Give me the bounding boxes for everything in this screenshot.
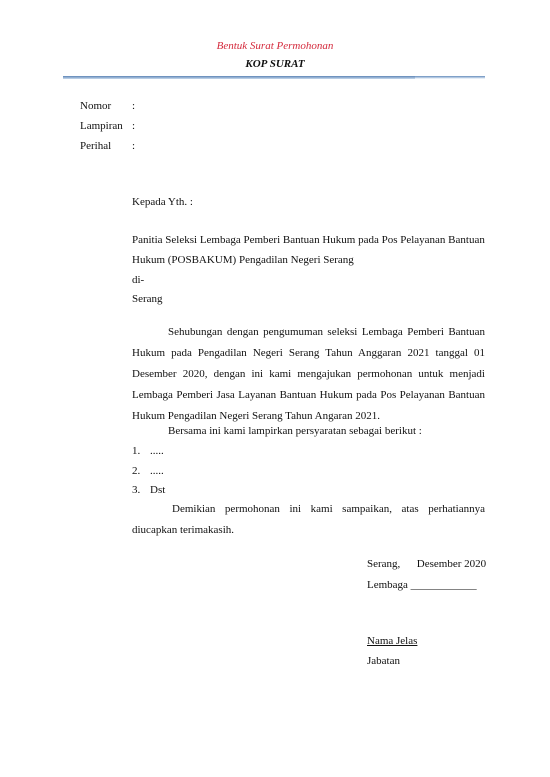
- addressee-city: Serang: [132, 293, 163, 305]
- list-number: 2.: [132, 465, 140, 477]
- meta-label-perihal: Perihal: [80, 140, 111, 152]
- signatory-position: Jabatan: [367, 655, 400, 667]
- template-title: Bentuk Surat Permohonan: [0, 40, 550, 52]
- closing-text: Demikian permohonan ini kami sampaikan, …: [132, 503, 485, 536]
- attachments-intro: Bersama ini kami lampirkan persyaratan s…: [168, 425, 422, 437]
- meta-colon: :: [132, 120, 135, 132]
- list-number: 3.: [132, 484, 140, 496]
- signatory-name: Nama Jelas: [367, 635, 417, 647]
- body-paragraph: Sehubungan dengan pengumuman seleksi Lem…: [132, 322, 485, 427]
- organization-line: Lembaga ____________: [367, 579, 477, 591]
- salutation: Kepada Yth. :: [132, 196, 193, 208]
- letterhead-placeholder: KOP SURAT: [0, 58, 550, 70]
- addressee-line: Panitia Seleksi Lembaga Pemberi Bantuan …: [132, 234, 485, 246]
- meta-label-lampiran: Lampiran: [80, 120, 123, 132]
- list-item: .....: [150, 465, 164, 477]
- list-item: .....: [150, 445, 164, 457]
- addressee-line: Hukum (POSBAKUM) Pengadilan Negeri Seran…: [132, 254, 354, 266]
- closing-paragraph: Demikian permohonan ini kami sampaikan, …: [132, 499, 485, 541]
- meta-colon: :: [132, 100, 135, 112]
- list-item: Dst: [150, 484, 165, 496]
- body-paragraph-text: Sehubungan dengan pengumuman seleksi Lem…: [132, 326, 485, 422]
- place-date: Serang, Desember 2020: [367, 558, 486, 570]
- list-number: 1.: [132, 445, 140, 457]
- meta-colon: :: [132, 140, 135, 152]
- addressee-line: di-: [132, 274, 144, 286]
- letterhead-divider: [63, 76, 485, 79]
- meta-label-nomor: Nomor: [80, 100, 111, 112]
